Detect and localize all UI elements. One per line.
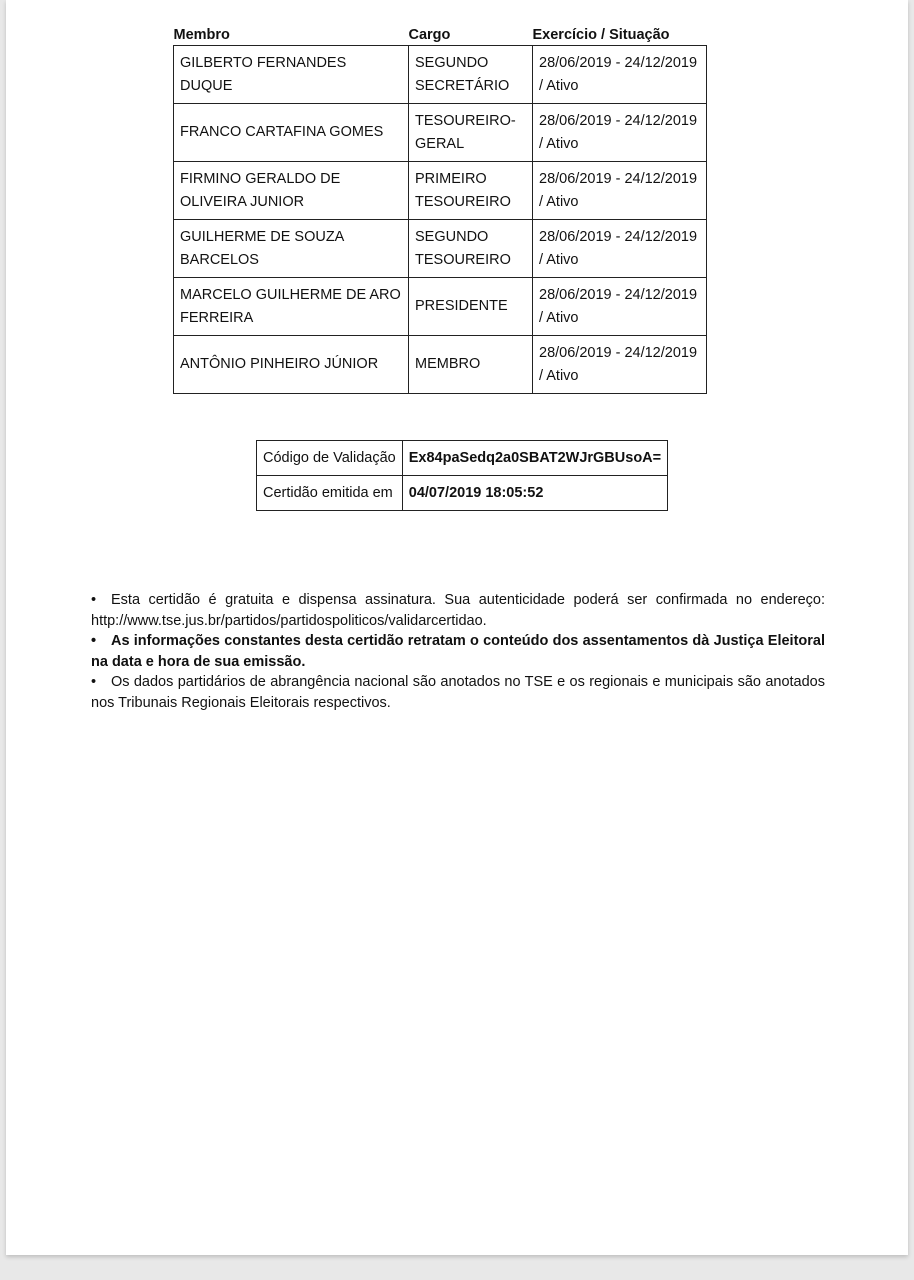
- table-row: FRANCO CARTAFINA GOMES TESOUREIRO-GERAL …: [174, 104, 707, 162]
- cell-exercicio: 28/06/2019 - 24/12/2019 / Ativo: [533, 162, 707, 220]
- cell-membro: GUILHERME DE SOUZA BARCELOS: [174, 220, 409, 278]
- cell-membro: MARCELO GUILHERME DE ARO FERREIRA: [174, 278, 409, 336]
- cell-membro: GILBERTO FERNANDES DUQUE: [174, 46, 409, 104]
- note-text: As informações constantes desta certidão…: [91, 633, 825, 670]
- table-row: FIRMINO GERALDO DE OLIVEIRA JUNIOR PRIME…: [174, 162, 707, 220]
- cell-exercicio: 28/06/2019 - 24/12/2019 / Ativo: [533, 104, 707, 162]
- validation-table: Código de Validação Ex84paSedq2a0SBAT2WJ…: [256, 440, 668, 511]
- cell-cargo: PRIMEIRO TESOUREIRO: [409, 162, 533, 220]
- table-row: GUILHERME DE SOUZA BARCELOS SEGUNDO TESO…: [174, 220, 707, 278]
- header-exercicio: Exercício / Situação: [533, 23, 707, 46]
- header-membro: Membro: [174, 23, 409, 46]
- cell-exercicio: 28/06/2019 - 24/12/2019 / Ativo: [533, 278, 707, 336]
- issued-at-label: Certidão emitida em: [257, 476, 403, 511]
- document-page: Membro Cargo Exercício / Situação GILBER…: [6, 0, 908, 1255]
- table-header-row: Membro Cargo Exercício / Situação: [174, 23, 707, 46]
- members-table: Membro Cargo Exercício / Situação GILBER…: [173, 23, 707, 394]
- note-text: Os dados partidários de abrangência naci…: [91, 674, 825, 711]
- note-text: Esta certidão é gratuita e dispensa assi…: [91, 592, 825, 629]
- cell-exercicio: 28/06/2019 - 24/12/2019 / Ativo: [533, 46, 707, 104]
- table-row: ANTÔNIO PINHEIRO JÚNIOR MEMBRO 28/06/201…: [174, 336, 707, 394]
- cell-exercicio: 28/06/2019 - 24/12/2019 / Ativo: [533, 220, 707, 278]
- cell-exercicio: 28/06/2019 - 24/12/2019 / Ativo: [533, 336, 707, 394]
- cell-cargo: MEMBRO: [409, 336, 533, 394]
- note-item: •Os dados partidários de abrangência nac…: [91, 672, 825, 713]
- bullet-icon: •: [91, 631, 111, 652]
- cell-cargo: SEGUNDO SECRETÁRIO: [409, 46, 533, 104]
- table-row: GILBERTO FERNANDES DUQUE SEGUNDO SECRETÁ…: [174, 46, 707, 104]
- bullet-icon: •: [91, 672, 111, 693]
- cell-cargo: SEGUNDO TESOUREIRO: [409, 220, 533, 278]
- cell-cargo: PRESIDENTE: [409, 278, 533, 336]
- validation-code-label: Código de Validação: [257, 441, 403, 476]
- validation-code-row: Código de Validação Ex84paSedq2a0SBAT2WJ…: [257, 441, 668, 476]
- cell-membro: FIRMINO GERALDO DE OLIVEIRA JUNIOR: [174, 162, 409, 220]
- bullet-icon: •: [91, 590, 111, 611]
- cell-membro: FRANCO CARTAFINA GOMES: [174, 104, 409, 162]
- header-cargo: Cargo: [409, 23, 533, 46]
- cell-cargo: TESOUREIRO-GERAL: [409, 104, 533, 162]
- cell-membro: ANTÔNIO PINHEIRO JÚNIOR: [174, 336, 409, 394]
- table-row: MARCELO GUILHERME DE ARO FERREIRA PRESID…: [174, 278, 707, 336]
- note-item: •Esta certidão é gratuita e dispensa ass…: [91, 590, 825, 631]
- notes-list: •Esta certidão é gratuita e dispensa ass…: [91, 590, 825, 713]
- validation-code-value: Ex84paSedq2a0SBAT2WJrGBUsoA=: [402, 441, 667, 476]
- issued-at-row: Certidão emitida em 04/07/2019 18:05:52: [257, 476, 668, 511]
- note-item: •As informações constantes desta certidã…: [91, 631, 825, 672]
- issued-at-value: 04/07/2019 18:05:52: [402, 476, 667, 511]
